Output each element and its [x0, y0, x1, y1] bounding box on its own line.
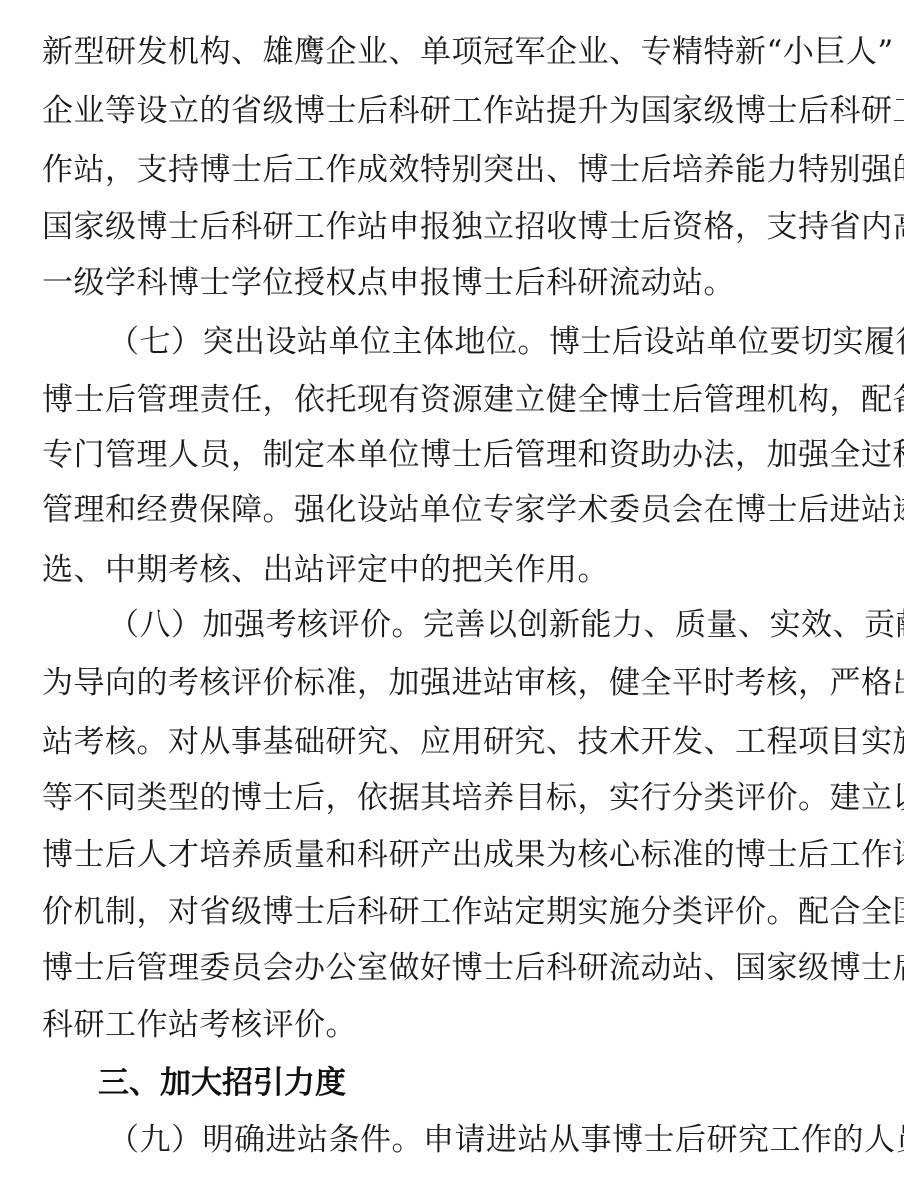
paragraph-line: 国家级博士后科研工作站申报独立招收博士后资格，支持省内高校	[42, 207, 862, 247]
paragraph-line: 站考核。对从事基础研究、应用研究、技术开发、工程项目实施	[42, 722, 862, 762]
paragraph-line: 博士后人才培养质量和科研产出成果为核心标准的博士后工作评	[42, 835, 862, 875]
paragraph-line: 价机制，对省级博士后科研工作站定期实施分类评价。配合全国	[42, 892, 862, 932]
section-heading: 三、加大招引力度	[98, 1062, 346, 1104]
paragraph-line: 为导向的考核评价标准，加强进站审核，健全平时考核，严格出	[42, 663, 862, 703]
paragraph-line: 企业等设立的省级博士后科研工作站提升为国家级博士后科研工	[42, 91, 862, 131]
section-9-first-line: （九）明确进站条件。申请进站从事博士后研究工作的人员	[108, 1120, 862, 1160]
paragraph-line: 科研工作站考核评价。	[42, 1005, 862, 1045]
section-8-first-line: （八）加强考核评价。完善以创新能力、质量、实效、贡献	[108, 605, 862, 645]
paragraph-line: 管理和经费保障。强化设站单位专家学术委员会在博士后进站遴	[42, 490, 862, 530]
paragraph-line: 选、中期考核、出站评定中的把关作用。	[42, 550, 862, 590]
paragraph-line: 博士后管理委员会办公室做好博士后科研流动站、国家级博士后	[42, 948, 862, 988]
paragraph-line: 一级学科博士学位授权点申报博士后科研流动站。	[42, 263, 862, 303]
paragraph-line: 博士后管理责任，依托现有资源建立健全博士后管理机构，配备	[42, 380, 862, 420]
document-page: 新型研发机构、雄鹰企业、单项冠军企业、专精特新“小巨人” 企业等设立的省级博士后…	[0, 0, 904, 1200]
paragraph-line: 新型研发机构、雄鹰企业、单项冠军企业、专精特新“小巨人”	[42, 32, 862, 72]
paragraph-line: 等不同类型的博士后，依据其培养目标，实行分类评价。建立以	[42, 778, 862, 818]
paragraph-line: 作站，支持博士后工作成效特别突出、博士后培养能力特别强的	[42, 150, 862, 190]
paragraph-line: 专门管理人员，制定本单位博士后管理和资助办法，加强全过程	[42, 435, 862, 475]
section-7-first-line: （七）突出设站单位主体地位。博士后设站单位要切实履行	[108, 322, 862, 362]
